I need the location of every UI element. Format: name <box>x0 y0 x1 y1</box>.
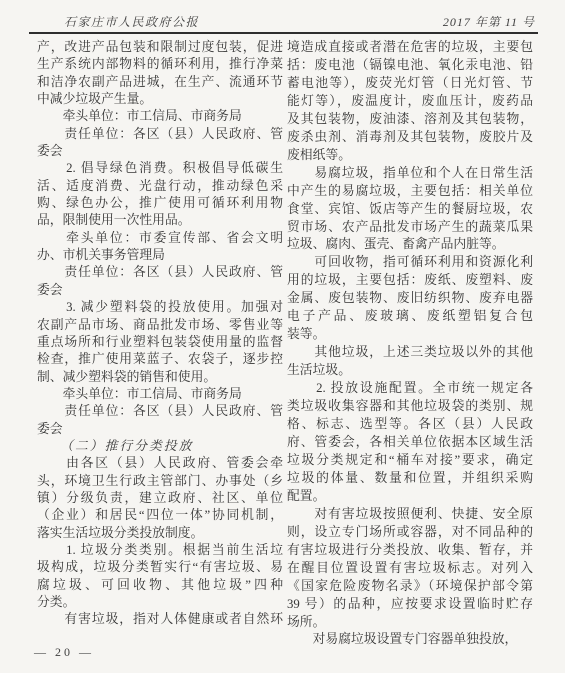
text-line: 生活垃圾。 <box>287 362 533 380</box>
text-line: 对易腐垃圾设置专门容器单独投放， <box>287 631 533 649</box>
text-line: 有害垃圾，指对人体健康或者自然环 <box>37 611 283 628</box>
text-line: 牵头单位：市工信局、市商务局 <box>37 108 283 125</box>
text-line: 配置。 <box>287 488 533 506</box>
text-line: 蓄电池等），废荧光灯管（日光灯管、节 <box>287 75 533 93</box>
text-line: （二）推行分类投放 <box>37 438 283 455</box>
gazette-page: 石家庄市人民政府公报 2017 年第 11 号 产，改进产品包装和限制过度包装，… <box>0 0 565 673</box>
text-line: 活、适度消费、光盘行动，推动绿色采 <box>37 178 283 195</box>
text-line: 《国家危险废物名录》（环境保护部令第 <box>287 578 533 596</box>
text-line: 镇）分级负责，建立政府、社区、单位 <box>37 490 283 507</box>
text-line: 委会 <box>37 282 283 299</box>
text-line: 生产系统内部物料的循环利用，推行净菜 <box>37 56 283 73</box>
publication-title: 石家庄市人民政府公报 <box>64 13 199 30</box>
text-line: 废相纸等。 <box>287 147 533 165</box>
text-line: 电子产品、废玻璃、废纸塑铝复合包 <box>287 308 533 326</box>
text-line: 和洁净农副产品进城，在生产、流通环节 <box>37 74 283 91</box>
text-line: 39 号）的品种，应按要求设置临时贮存 <box>287 596 533 614</box>
text-line: 责任单位：各区（县）人民政府、管 <box>37 264 283 281</box>
text-line: 境造成直接或者潜在危害的垃圾，主要包 <box>287 39 533 57</box>
text-line: 格、标志、选型等。各区（县）人民政 <box>287 416 533 434</box>
text-line: 落实生活垃圾分类投放制度。 <box>37 525 283 542</box>
text-line: 括：废电池（镉镍电池、氧化汞电池、铅 <box>287 57 533 75</box>
text-line: 在醒目位置设置有害垃圾标志。对列入 <box>287 560 533 578</box>
text-line: 重点场所和行业塑料包装袋使用量的监督 <box>37 334 283 351</box>
text-line: 装等。 <box>287 326 533 344</box>
text-line: 牵头单位：市委宣传部、省会文明 <box>37 230 283 247</box>
text-line: 分类。 <box>37 594 283 611</box>
text-line: 检查，推广使用菜蓝子、农袋子，逐步控 <box>37 351 283 368</box>
text-line: 废杀虫剂、消毒剂及其包装物，废胶片及 <box>287 129 533 147</box>
text-line: （企业）和居民“四位一体”协同机制， <box>37 507 283 524</box>
text-line: 2. 投放设施配置。全市统一规定各 <box>287 380 533 398</box>
page-number: — 20 — <box>34 645 94 660</box>
text-line: 由各区（县）人民政府、管委会牵 <box>37 455 283 472</box>
text-line: 食堂、宾馆、饭店等产生的餐厨垃圾，农 <box>287 201 533 219</box>
text-line: 圾构成，垃圾分类暂实行“有害垃圾、易 <box>37 559 283 576</box>
text-line: 制、减少塑料袋的销售和使用。 <box>37 369 283 386</box>
text-line: 垃圾、腐肉、蛋壳、畜禽产品内脏等。 <box>287 236 533 254</box>
text-line: 可回收物，指可循环利用和资源化利 <box>287 254 533 272</box>
left-column: 产，改进产品包装和限制过度包装，促进生产系统内部物料的循环利用，推行净菜和洁净农… <box>37 39 283 629</box>
text-line: 1. 垃圾分类类别。根据当前生活垃 <box>37 542 283 559</box>
text-line: 腐垃圾、可回收物、其他垃圾”四种 <box>37 577 283 594</box>
text-line: 则，设立专门场所或容器，对不同品种的 <box>287 524 533 542</box>
text-line: 类垃圾收集容器和其他垃圾袋的类别、规 <box>287 398 533 416</box>
text-line: 2. 倡导绿色消费。积极倡导低碳生 <box>37 160 283 177</box>
text-line: 有害垃圾进行分类投放、收集、暂存，并 <box>287 542 533 560</box>
text-line: 垃圾的体量、数量和位置，并组织采购 <box>287 470 533 488</box>
text-line: 及其包装物，废油漆、溶剂及其包装物， <box>287 111 533 129</box>
text-line: 贸市场、农产品批发市场产生的蔬菜瓜果 <box>287 219 533 237</box>
text-line: 能灯等），废温度计，废血压计，废药品 <box>287 93 533 111</box>
text-line: 委会 <box>37 143 283 160</box>
right-column: 境造成直接或者潜在危害的垃圾，主要包括：废电池（镉镍电池、氧化汞电池、铅蓄电池等… <box>287 39 533 649</box>
text-line: 用的垃圾，主要包括：废纸、废塑料、废 <box>287 272 533 290</box>
text-line: 办、市机关事务管理局 <box>37 247 283 264</box>
header-rule-divider <box>29 32 538 34</box>
text-line: 易腐垃圾，指单位和个人在日常生活 <box>287 165 533 183</box>
text-line: 责任单位：各区（县）人民政府、管 <box>37 403 283 420</box>
text-line: 场所。 <box>287 614 533 632</box>
text-line: 对有害垃圾按照便利、快捷、安全原 <box>287 506 533 524</box>
text-line: 委会 <box>37 421 283 438</box>
text-line: 产，改进产品包装和限制过度包装，促进 <box>37 39 283 56</box>
text-line: 头，环境卫生行政主管部门、办事处（乡 <box>37 473 283 490</box>
text-line: 中减少垃圾产生量。 <box>37 91 283 108</box>
text-line: 3. 减少塑料袋的投放使用。加强对 <box>37 299 283 316</box>
text-line: 品，限制使用一次性用品。 <box>37 212 283 229</box>
text-line: 牵头单位：市工信局、市商务局 <box>37 386 283 403</box>
text-line: 其他垃圾，上述三类垃圾以外的其他 <box>287 344 533 362</box>
text-line: 购、绿色办公，推广使用可循环利用物 <box>37 195 283 212</box>
text-line: 中产生的易腐垃圾，主要包括：相关单位 <box>287 183 533 201</box>
text-line: 垃圾分类规定和“桶车对接”要求，确定 <box>287 452 533 470</box>
text-line: 责任单位：各区（县）人民政府、管 <box>37 126 283 143</box>
text-line: 农副产品市场、商品批发市场、零售业等 <box>37 317 283 334</box>
text-line: 金属、废包装物、废旧纺织物、废弃电器 <box>287 290 533 308</box>
issue-number: 2017 年第 11 号 <box>443 13 535 30</box>
text-line: 府、管委会，各相关单位依据本区域生活 <box>287 434 533 452</box>
